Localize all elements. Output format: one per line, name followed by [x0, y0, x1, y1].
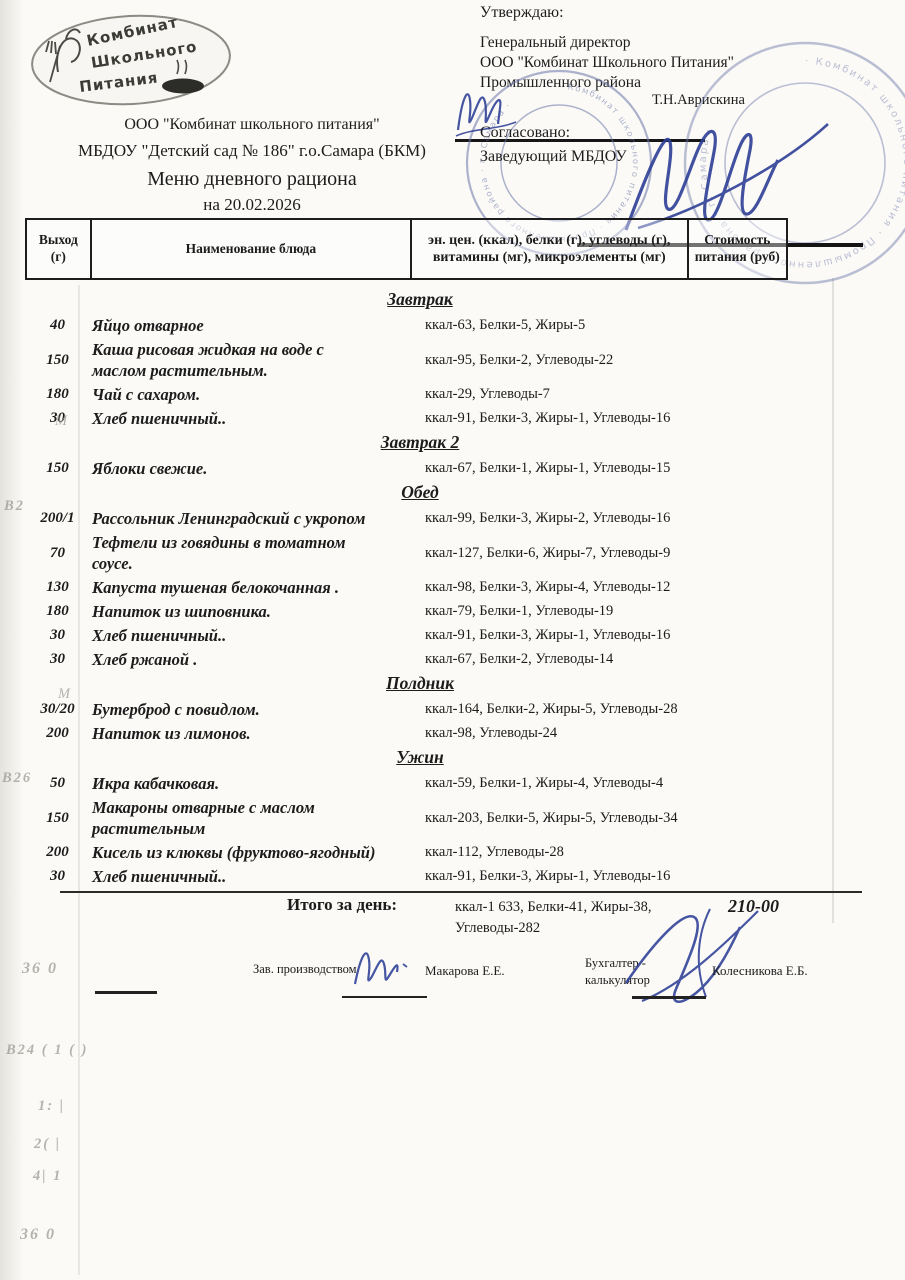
agree-title: Согласовано: — [480, 124, 570, 142]
company-logo-stamp: Комбинат Школьного Питания — [28, 10, 234, 112]
table-header: Выход (г) Наименование блюда эн. цен. (к… — [25, 218, 788, 280]
org-line-1: ООО "Комбинат школьного питания" — [28, 116, 476, 134]
serving-size: 40 — [25, 317, 90, 334]
accountant-signature — [612, 903, 764, 1011]
serving-size: 50 — [25, 775, 90, 792]
scan-artifact: 4| 1 — [33, 1168, 62, 1185]
section-title-dinner: Ужин — [25, 747, 815, 768]
column-header-price: Стоимость питания (руб) — [689, 220, 787, 278]
serving-size: 30 — [25, 651, 90, 668]
totals-label: Итого за день: — [287, 895, 455, 915]
dish-name: Хлеб ржаной . — [90, 649, 425, 670]
nutrition-values: ккал-164, Белки-2, Жиры-5, Углеводы-28 — [425, 700, 725, 719]
scan-artifact: 36 0 — [22, 960, 58, 978]
dish-name: Каша рисовая жидкая на воде с маслом рас… — [90, 339, 425, 381]
scan-artifact: 36 0 — [20, 1226, 56, 1244]
dish-name: Яйцо отварное — [90, 315, 425, 336]
scan-edge-smudge — [0, 0, 24, 1280]
nutrition-values: ккал-203, Белки-5, Жиры-5, Углеводы-34 — [425, 809, 725, 828]
footer-role-production: Зав. производством — [253, 962, 357, 977]
serving-size: 150 — [25, 460, 90, 477]
section-title-breakfast2: Завтрак 2 — [25, 432, 815, 453]
nutrition-values: ккал-91, Белки-3, Жиры-1, Углеводы-16 — [425, 409, 725, 428]
dish-name: Яблоки свежие. — [90, 458, 425, 479]
menu-body: Завтрак 40 Яйцо отварное ккал-63, Белки-… — [25, 286, 885, 939]
menu-row: 30 Хлеб пшеничный.. ккал-91, Белки-3, Жи… — [25, 625, 885, 646]
serving-size: 200 — [25, 844, 90, 861]
scan-artifact: В24 ( 1 ( ) — [6, 1042, 88, 1059]
blank-line — [95, 991, 157, 994]
document-title: Меню дневного рациона — [28, 168, 476, 191]
menu-row: 180 Чай с сахаром. ккал-29, Углеводы-7 — [25, 384, 885, 405]
serving-size: 200 — [25, 725, 90, 742]
serving-size: 30 — [25, 627, 90, 644]
serving-size: 130 — [25, 579, 90, 596]
dish-name: Напиток из лимонов. — [90, 723, 425, 744]
section-title-snack: Полдник — [25, 673, 815, 694]
org-line-2: МБДОУ "Детский сад № 186" г.о.Самара (БК… — [28, 141, 476, 161]
serving-size: 180 — [25, 386, 90, 403]
scan-artifact: 1: | — [38, 1098, 65, 1115]
dish-name: Бутерброд с повидлом. — [90, 699, 425, 720]
approve-title: Утверждаю: — [480, 4, 564, 22]
footer-name-accountant: Колесникова Е.Б. — [712, 963, 808, 979]
menu-row: 150 Каша рисовая жидкая на воде с маслом… — [25, 339, 885, 381]
production-signature — [343, 936, 431, 1000]
nutrition-values: ккал-98, Белки-3, Жиры-4, Углеводы-12 — [425, 578, 725, 597]
menu-document-page: Комбинат Школьного Питания Утверждаю: Ге… — [0, 0, 905, 1280]
menu-row: 150 Яблоки свежие. ккал-67, Белки-1, Жир… — [25, 458, 885, 479]
dish-name: Напиток из шиповника. — [90, 601, 425, 622]
dish-name: Тефтели из говядины в томатном соусе. — [90, 532, 425, 574]
nutrition-values: ккал-29, Углеводы-7 — [425, 385, 725, 404]
document-date: на 20.02.2026 — [28, 195, 476, 215]
footer-name-production: Макарова Е.Е. — [425, 963, 505, 979]
nutrition-values: ккал-67, Белки-2, Углеводы-14 — [425, 650, 725, 669]
dish-name: Кисель из клюквы (фруктово-ягодный) — [90, 842, 425, 863]
serving-size: 180 — [25, 603, 90, 620]
menu-row: 200 Напиток из лимонов. ккал-98, Углевод… — [25, 723, 885, 744]
serving-size: 30/20 — [25, 701, 90, 718]
menu-row: 200/1 Рассольник Ленинградский с укропом… — [25, 508, 885, 529]
signature-line — [632, 996, 706, 999]
menu-row: 180 Напиток из шиповника. ккал-79, Белки… — [25, 601, 885, 622]
menu-row: 130 Капуста тушеная белокочанная . ккал-… — [25, 577, 885, 598]
menu-row: 150 Макароны отварные с маслом раститель… — [25, 797, 885, 839]
nutrition-values: ккал-98, Углеводы-24 — [425, 724, 725, 743]
section-title-breakfast: Завтрак — [25, 289, 815, 310]
serving-size: 70 — [25, 545, 90, 562]
scan-artifact: М — [58, 686, 70, 703]
serving-size: 150 — [25, 352, 90, 369]
nutrition-values: ккал-99, Белки-3, Жиры-2, Углеводы-16 — [425, 509, 725, 528]
dish-name: Хлеб пшеничный.. — [90, 408, 425, 429]
signature-line — [342, 996, 427, 998]
nutrition-values: ккал-95, Белки-2, Углеводы-22 — [425, 351, 725, 370]
menu-row: 30/20 Бутерброд с повидлом. ккал-164, Бе… — [25, 699, 885, 720]
agree-subtitle: Заведующий МБДОУ — [480, 148, 627, 166]
column-header-energy: эн. цен. (ккал), белки (г), углеводы (г)… — [412, 220, 689, 278]
nutrition-values: ккал-127, Белки-6, Жиры-7, Углеводы-9 — [425, 544, 725, 563]
scan-artifact: В2 — [4, 498, 25, 515]
nutrition-values: ккал-112, Углеводы-28 — [425, 843, 725, 862]
dish-name: Икра кабачковая. — [90, 773, 425, 794]
nutrition-values: ккал-67, Белки-1, Жиры-1, Углеводы-15 — [425, 459, 725, 478]
scan-artifact: М — [55, 413, 67, 430]
section-title-lunch: Обед — [25, 482, 815, 503]
menu-row: 30 Хлеб ржаной . ккал-67, Белки-2, Углев… — [25, 649, 885, 670]
dish-name: Макароны отварные с маслом растительным — [90, 797, 425, 839]
dish-name: Рассольник Ленинградский с укропом — [90, 508, 425, 529]
nutrition-values: ккал-79, Белки-1, Углеводы-19 — [425, 602, 725, 621]
serving-size: 200/1 — [25, 510, 90, 527]
serving-size: 30 — [25, 868, 90, 885]
dish-name: Чай с сахаром. — [90, 384, 425, 405]
nutrition-values: ккал-63, Белки-5, Жиры-5 — [425, 316, 725, 335]
menu-row: 200 Кисель из клюквы (фруктово-ягодный) … — [25, 842, 885, 863]
bowl-icon — [162, 79, 204, 94]
scan-artifact: 2( | — [34, 1136, 61, 1153]
serving-size: 150 — [25, 810, 90, 827]
column-header-output: Выход (г) — [27, 220, 92, 278]
nutrition-values: ккал-91, Белки-3, Жиры-1, Углеводы-16 — [425, 867, 725, 886]
menu-row: 30 Хлеб пшеничный.. ккал-91, Белки-3, Жи… — [25, 408, 885, 429]
dish-name: Капуста тушеная белокочанная . — [90, 577, 425, 598]
totals-separator-line — [60, 891, 862, 893]
dish-name: Хлеб пшеничный.. — [90, 866, 425, 887]
nutrition-values: ккал-59, Белки-1, Жиры-4, Углеводы-4 — [425, 774, 725, 793]
dish-name: Хлеб пшеничный.. — [90, 625, 425, 646]
nutrition-values: ккал-91, Белки-3, Жиры-1, Углеводы-16 — [425, 626, 725, 645]
menu-row: 30 Хлеб пшеничный.. ккал-91, Белки-3, Жи… — [25, 866, 885, 887]
column-header-dish: Наименование блюда — [92, 220, 412, 278]
menu-row: 50 Икра кабачковая. ккал-59, Белки-1, Жи… — [25, 773, 885, 794]
menu-row: 40 Яйцо отварное ккал-63, Белки-5, Жиры-… — [25, 315, 885, 336]
menu-row: 70 Тефтели из говядины в томатном соусе.… — [25, 532, 885, 574]
org-header: ООО "Комбинат школьного питания" МБДОУ "… — [28, 116, 476, 215]
scan-artifact: В26 — [2, 770, 32, 787]
